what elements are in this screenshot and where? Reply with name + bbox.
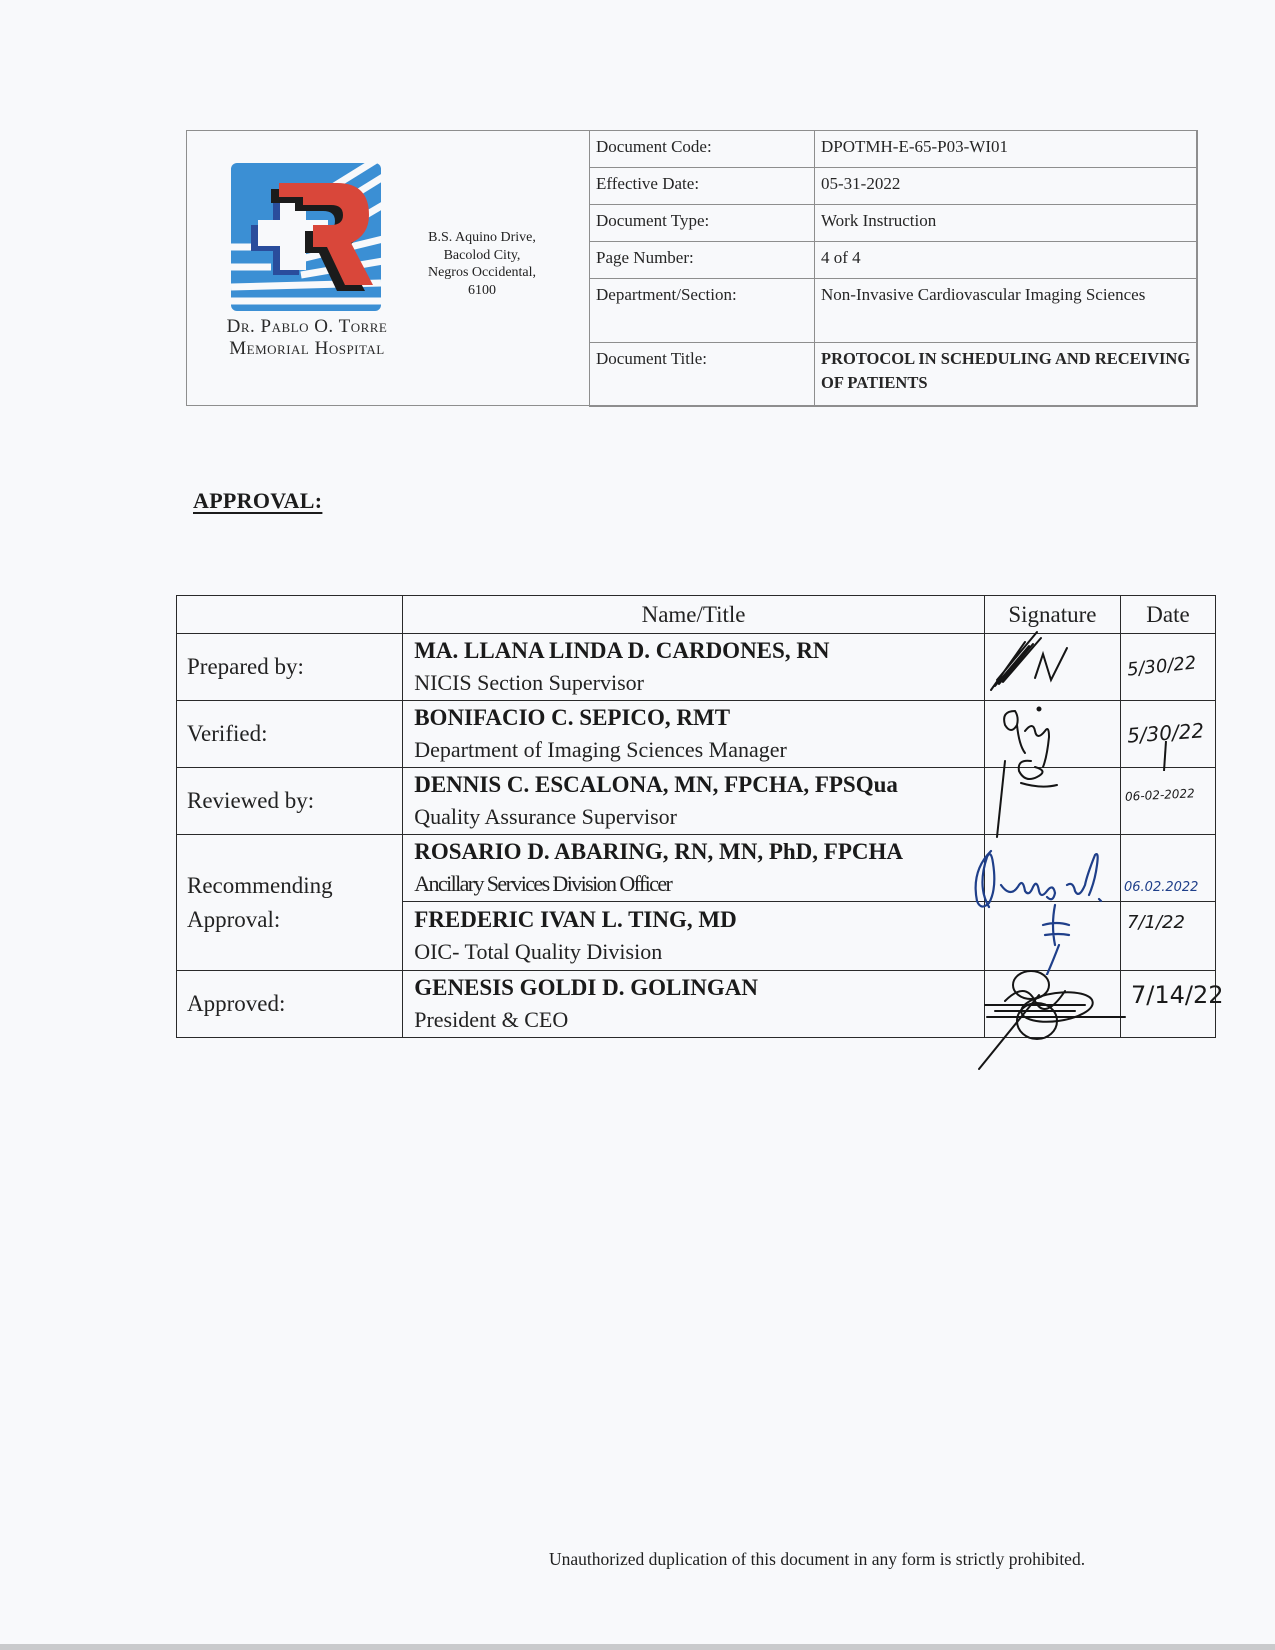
- approval-table: Name/Title Signature Date Prepared by: M…: [176, 595, 1216, 1038]
- scan-edge: [0, 1644, 1275, 1650]
- field-label: Page Number:: [590, 242, 815, 279]
- hospital-name: Dr. Pablo O. Torre Memorial Hospital: [187, 316, 427, 360]
- field-label: Document Code:: [590, 131, 815, 168]
- handwritten-date: 5/30/22: [1126, 718, 1205, 747]
- hospital-r-cross-logo-icon: [231, 163, 385, 315]
- address-line: B.S. Aquino Drive,: [407, 229, 557, 247]
- role-label: Approved:: [177, 971, 403, 1038]
- page-number-row: Page Number: 4 of 4: [590, 242, 1198, 279]
- document-header: Dr. Pablo O. Torre Memorial Hospital B.S…: [186, 130, 1197, 406]
- pen-stroke: [1161, 741, 1171, 771]
- field-label: Department/Section:: [590, 279, 815, 343]
- handwritten-date: 06.02.2022: [1124, 880, 1198, 895]
- handwritten-date: 7/1/22: [1127, 912, 1185, 933]
- role-label: Reviewed by:: [177, 768, 403, 835]
- role-label: Prepared by:: [177, 634, 403, 701]
- handwritten-date: 7/14/22: [1131, 981, 1224, 1009]
- column-header-date: Date: [1121, 596, 1216, 634]
- document-type-value: Work Instruction: [815, 205, 1198, 242]
- effective-date-row: Effective Date: 05-31-2022: [590, 168, 1198, 205]
- date-cell: 06-02-2022: [1121, 768, 1216, 835]
- field-label: Document Title:: [590, 343, 815, 407]
- table-row: Prepared by: MA. LLANA LINDA D. CARDONES…: [177, 634, 1216, 701]
- column-header-signature: Signature: [984, 596, 1120, 634]
- signatory-title: NICIS Section Supervisor: [414, 667, 984, 699]
- table-row: Recommending Approval: ROSARIO D. ABARIN…: [177, 835, 1216, 902]
- field-label: Document Type:: [590, 205, 815, 242]
- signatory-name: BONIFACIO C. SEPICO, RMT: [414, 702, 984, 734]
- table-row: Verified: BONIFACIO C. SEPICO, RMT Depar…: [177, 701, 1216, 768]
- address-line: 6100: [407, 282, 557, 300]
- signatory-name: FREDERIC IVAN L. TING, MD: [414, 904, 984, 936]
- signature-cell: [984, 634, 1120, 701]
- name-title-cell: GENESIS GOLDI D. GOLINGAN President & CE…: [403, 971, 985, 1038]
- document-info-table: Document Code: DPOTMH-E-65-P03-WI01 Effe…: [589, 130, 1198, 407]
- hospital-name-line2: Memorial Hospital: [187, 338, 427, 360]
- table-row: Reviewed by: DENNIS C. ESCALONA, MN, FPC…: [177, 768, 1216, 835]
- effective-date-value: 05-31-2022: [815, 168, 1198, 205]
- signatory-name: MA. LLANA LINDA D. CARDONES, RN: [414, 635, 984, 667]
- signatory-title: Department of Imaging Sciences Manager: [414, 734, 984, 766]
- approval-table-header: Name/Title Signature Date: [177, 596, 1216, 634]
- table-row: Approved: GENESIS GOLDI D. GOLINGAN Pres…: [177, 971, 1216, 1038]
- date-cell: 5/30/22: [1121, 701, 1216, 768]
- name-title-cell: DENNIS C. ESCALONA, MN, FPCHA, FPSQua Qu…: [403, 768, 985, 835]
- column-header-name-title: Name/Title: [403, 596, 985, 634]
- signature-cell: [984, 768, 1120, 835]
- handwritten-date: 5/30/22: [1126, 652, 1197, 680]
- signature-icon: [985, 628, 1122, 700]
- approval-heading: APPROVAL:: [193, 488, 322, 514]
- signatory-name: ROSARIO D. ABARING, RN, MN, PhD, FPCHA: [414, 836, 984, 868]
- date-cell: 06.02.2022: [1121, 835, 1216, 902]
- date-cell: 7/14/22: [1121, 971, 1216, 1038]
- name-title-cell: MA. LLANA LINDA D. CARDONES, RN NICIS Se…: [403, 634, 985, 701]
- signature-icon: [965, 965, 1135, 1075]
- hospital-logo-block: Dr. Pablo O. Torre Memorial Hospital: [187, 131, 387, 405]
- hospital-name-line1: Dr. Pablo O. Torre: [187, 316, 427, 338]
- document-type-row: Document Type: Work Instruction: [590, 205, 1198, 242]
- signature-cell: [984, 835, 1120, 902]
- department-row: Department/Section: Non-Invasive Cardiov…: [590, 279, 1198, 343]
- name-title-cell: BONIFACIO C. SEPICO, RMT Department of I…: [403, 701, 985, 768]
- signature-cell: [984, 971, 1120, 1038]
- signatory-title: OIC- Total Quality Division: [414, 936, 984, 968]
- page-number-value: 4 of 4: [815, 242, 1198, 279]
- duplication-notice: Unauthorized duplication of this documen…: [549, 1549, 1085, 1570]
- document-code-value: DPOTMH-E-65-P03-WI01: [815, 131, 1198, 168]
- signature-cell: [984, 701, 1120, 768]
- signatory-title: President & CEO: [414, 1004, 984, 1036]
- signatory-title: Quality Assurance Supervisor: [414, 801, 984, 833]
- signatory-name: DENNIS C. ESCALONA, MN, FPCHA, FPSQua: [414, 769, 984, 801]
- document-title-row: Document Title: PROTOCOL IN SCHEDULING A…: [590, 343, 1198, 407]
- field-label: Effective Date:: [590, 168, 815, 205]
- signatory-title: Ancillary Services Division Officer: [414, 868, 984, 900]
- handwritten-date: 06-02-2022: [1125, 786, 1195, 804]
- name-title-cell: ROSARIO D. ABARING, RN, MN, PhD, FPCHA A…: [403, 835, 985, 902]
- department-value: Non-Invasive Cardiovascular Imaging Scie…: [815, 279, 1198, 343]
- hospital-address: B.S. Aquino Drive, Bacolod City, Negros …: [407, 229, 557, 299]
- date-cell: 5/30/22: [1121, 634, 1216, 701]
- document-title-value: PROTOCOL IN SCHEDULING AND RECEIVING OF …: [815, 343, 1198, 407]
- address-line: Negros Occidental,: [407, 264, 557, 282]
- name-title-cell: FREDERIC IVAN L. TING, MD OIC- Total Qua…: [403, 902, 985, 971]
- date-cell: 7/1/22: [1121, 902, 1216, 971]
- document-code-row: Document Code: DPOTMH-E-65-P03-WI01: [590, 131, 1198, 168]
- role-label: Recommending Approval:: [177, 835, 403, 971]
- address-line: Bacolod City,: [407, 247, 557, 265]
- signatory-name: GENESIS GOLDI D. GOLINGAN: [414, 972, 984, 1004]
- column-header-role: [177, 596, 403, 634]
- signature-cell: [984, 902, 1120, 971]
- role-label: Verified:: [177, 701, 403, 768]
